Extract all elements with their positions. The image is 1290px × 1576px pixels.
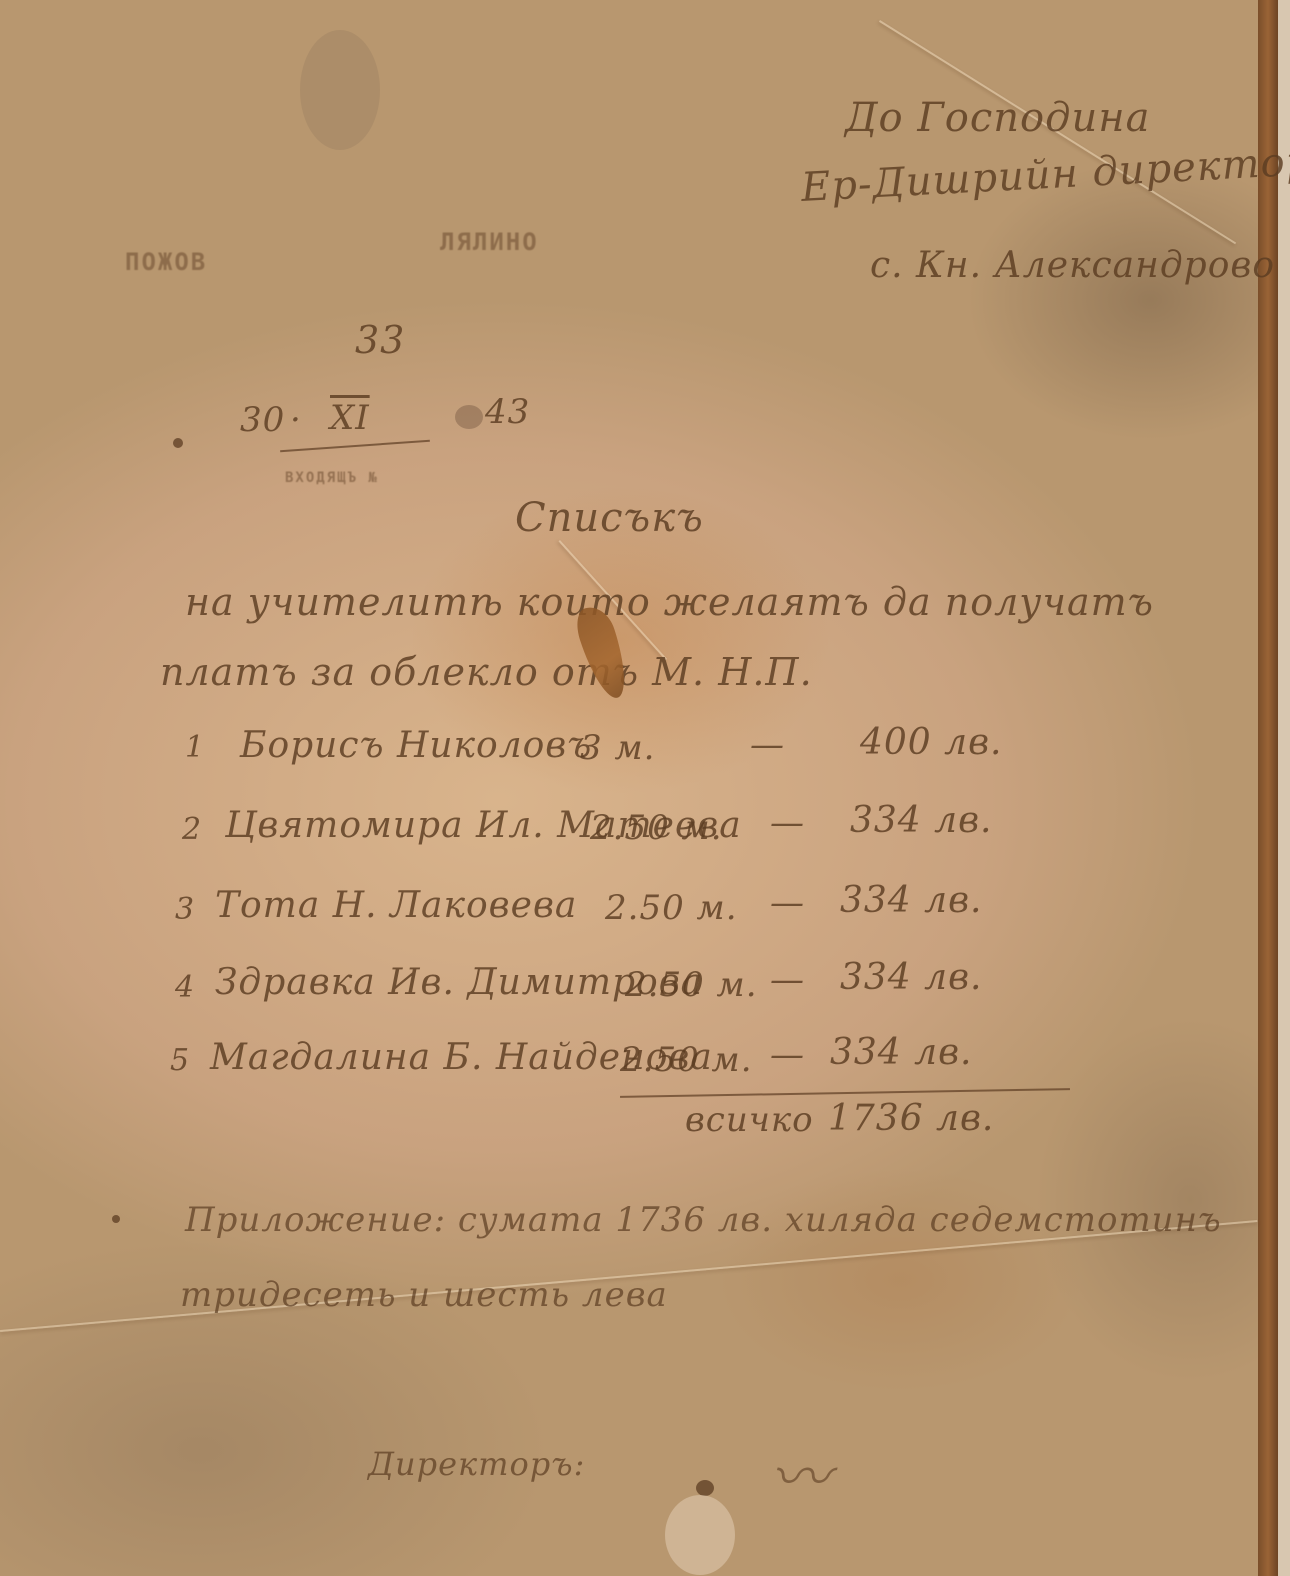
entry-name: Борисъ Николовъ	[240, 725, 592, 766]
entry-amount: 334 лв.	[850, 800, 992, 841]
entry-amount: 334 лв.	[830, 1032, 972, 1073]
entry-dash: —	[770, 803, 805, 843]
ink-dot	[173, 438, 183, 448]
total-value: 1736 лв.	[828, 1098, 994, 1139]
date-stamp-smudge	[455, 405, 483, 429]
document-title: Списъкъ	[515, 495, 704, 541]
note-line-2: тридесеть и шесть лева	[180, 1275, 668, 1315]
entry-dash: —	[770, 883, 805, 923]
aged-paper-sheet	[0, 0, 1262, 1576]
entry-dash: —	[770, 1035, 805, 1075]
frame-background	[1278, 0, 1290, 1576]
date-year: 43	[485, 392, 530, 432]
ink-dot	[112, 1215, 120, 1223]
signature-mark: 〰	[770, 1430, 831, 1516]
wooden-frame-edge	[1258, 0, 1278, 1576]
ink-blot	[696, 1480, 714, 1496]
entry-amount: 400 лв.	[860, 722, 1002, 763]
intro-line-1: на учителитѣ които желаятъ да получатъ	[185, 580, 1154, 624]
entry-number: 3	[175, 892, 195, 927]
date-day: 30	[240, 400, 285, 440]
entry-length: 3 м.	[580, 728, 655, 768]
entry-number: 4	[175, 970, 195, 1005]
entry-length: 2.50 м.	[590, 808, 723, 848]
addressee-line-1: До Господина	[845, 95, 1150, 141]
note-line-1: Приложение: сумата 1736 лв. хиляда седем…	[185, 1200, 1222, 1240]
addressee-line-3: с. Кн. Александрово	[870, 245, 1275, 286]
entry-number: 5	[170, 1043, 190, 1078]
entry-dash: —	[770, 960, 805, 1000]
faded-emblem-stamp	[300, 30, 380, 150]
entry-amount: 334 лв.	[840, 880, 982, 921]
entry-number: 1	[185, 730, 205, 765]
date-month: XI	[330, 398, 370, 438]
entry-name: Тота Н. Лаковева	[215, 885, 577, 926]
entry-length: 2.50 м.	[620, 1040, 753, 1080]
entry-length: 2.50 м.	[625, 965, 758, 1005]
entry-amount: 334 лв.	[840, 957, 982, 998]
signature-label: Директоръ:	[368, 1445, 585, 1483]
stamp-under-date: ВХОДЯЩЪ №	[285, 470, 379, 486]
entry-dash: —	[750, 725, 785, 765]
date-separator: ·	[290, 400, 302, 440]
registry-number: 33	[355, 318, 405, 362]
paper-damage-spot	[665, 1495, 735, 1575]
total-label: всичко	[685, 1100, 814, 1140]
entry-number: 2	[182, 812, 202, 847]
stamp-right: ЛЯЛИНО	[440, 228, 539, 256]
stamp-left: ПОЖОВ	[125, 248, 207, 276]
intro-line-2: платъ за облекло отъ М. Н.П.	[160, 650, 813, 694]
entry-length: 2.50 м.	[605, 888, 738, 928]
